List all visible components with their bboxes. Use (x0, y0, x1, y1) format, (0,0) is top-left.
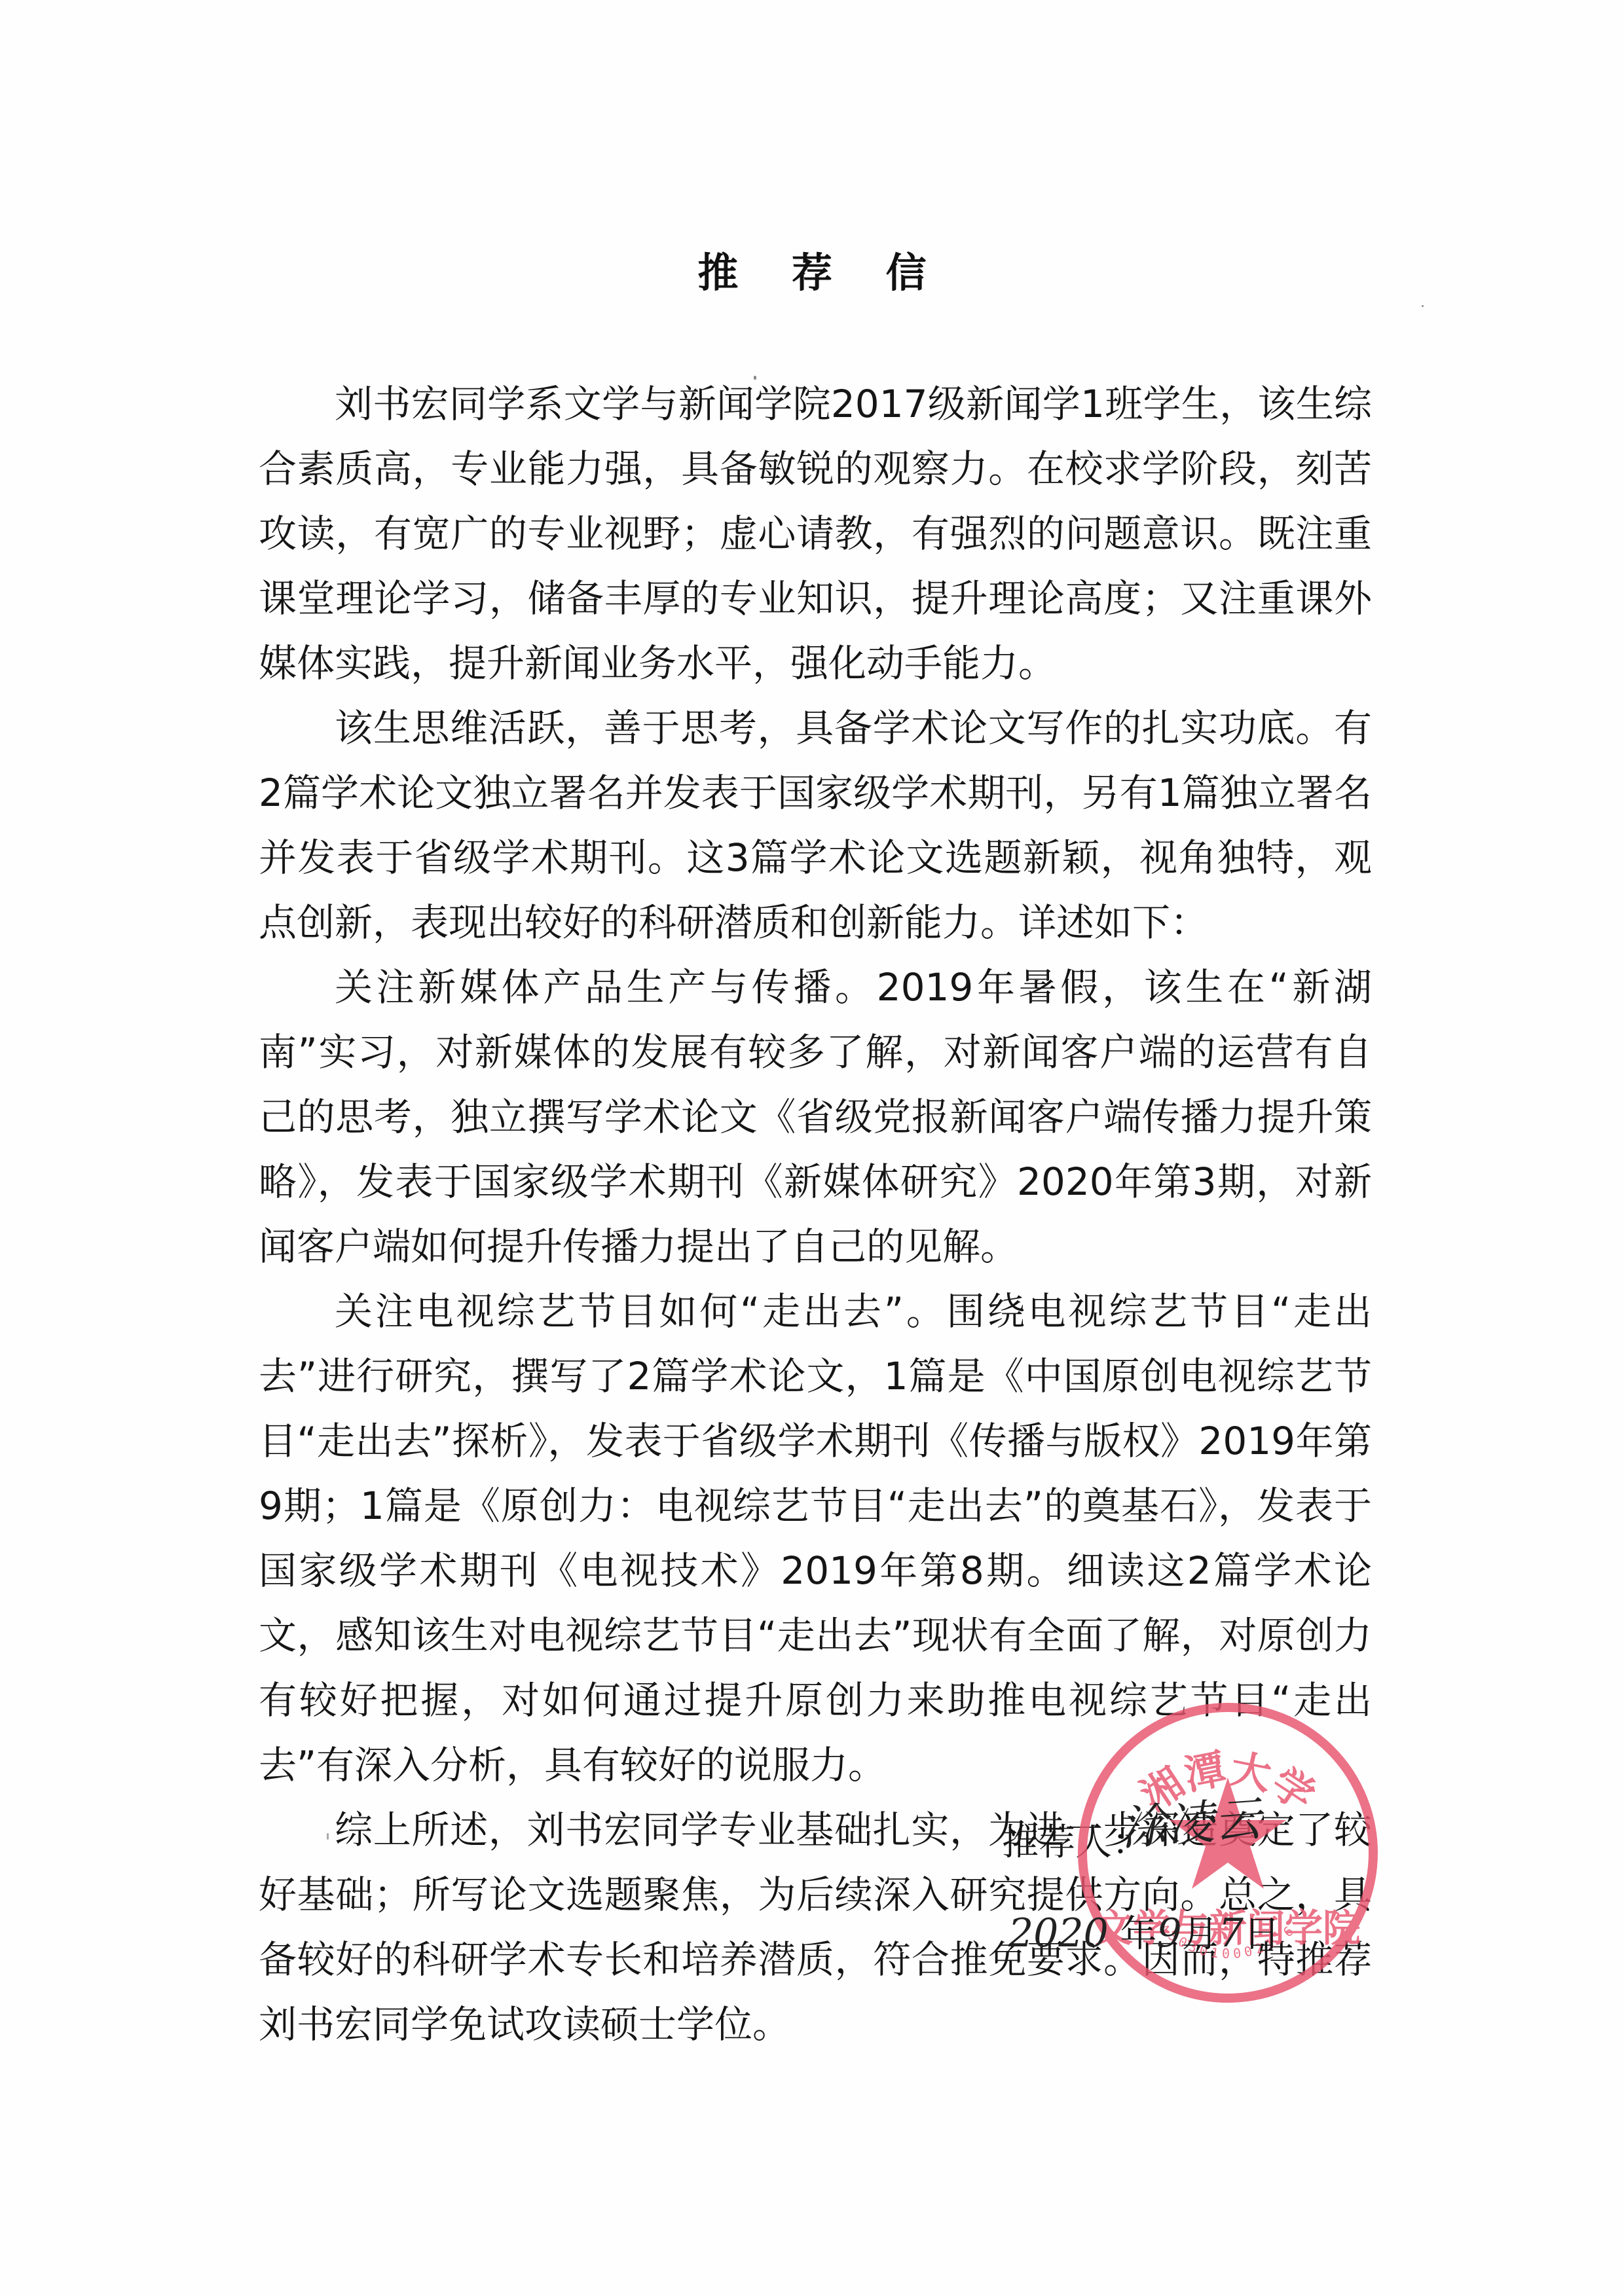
date-month-unit: 月 (1182, 1913, 1219, 1956)
date-year: 2020 (1008, 1910, 1109, 1956)
scanned-letter-page: 推 荐 信 刘书宏同学系文学与新闻学院2017级新闻学1班学生，该生综合素质高，… (0, 0, 1624, 2296)
paragraph-research-ability: 该生思维活跃，善于思考，具备学术论文写作的扎实功底。有2篇学术论文独立署名并发表… (259, 696, 1372, 955)
date-day: 7 (1219, 1910, 1244, 1956)
official-seal-stamp: 湘潭大学 文学与新闻学院 4303010002176 (1074, 1699, 1382, 2007)
document-title: 推 荐 信 (0, 247, 1624, 299)
signature-date: 2020 年9月7日 (1008, 1905, 1280, 1958)
date-year-unit: 年 (1109, 1913, 1157, 1956)
date-day-unit: 日 (1244, 1913, 1280, 1956)
paragraph-new-media: 关注新媒体产品生产与传播。2019年暑假，该生在“新湖南”实习，对新媒体的发展有… (259, 955, 1372, 1279)
scan-speck (1422, 305, 1424, 307)
handwritten-signature: 涂凌云 (1118, 1793, 1263, 1855)
paragraph-intro: 刘书宏同学系文学与新闻学院2017级新闻学1班学生，该生综合素质高，专业能力强，… (259, 372, 1372, 696)
date-month: 9 (1157, 1910, 1182, 1956)
